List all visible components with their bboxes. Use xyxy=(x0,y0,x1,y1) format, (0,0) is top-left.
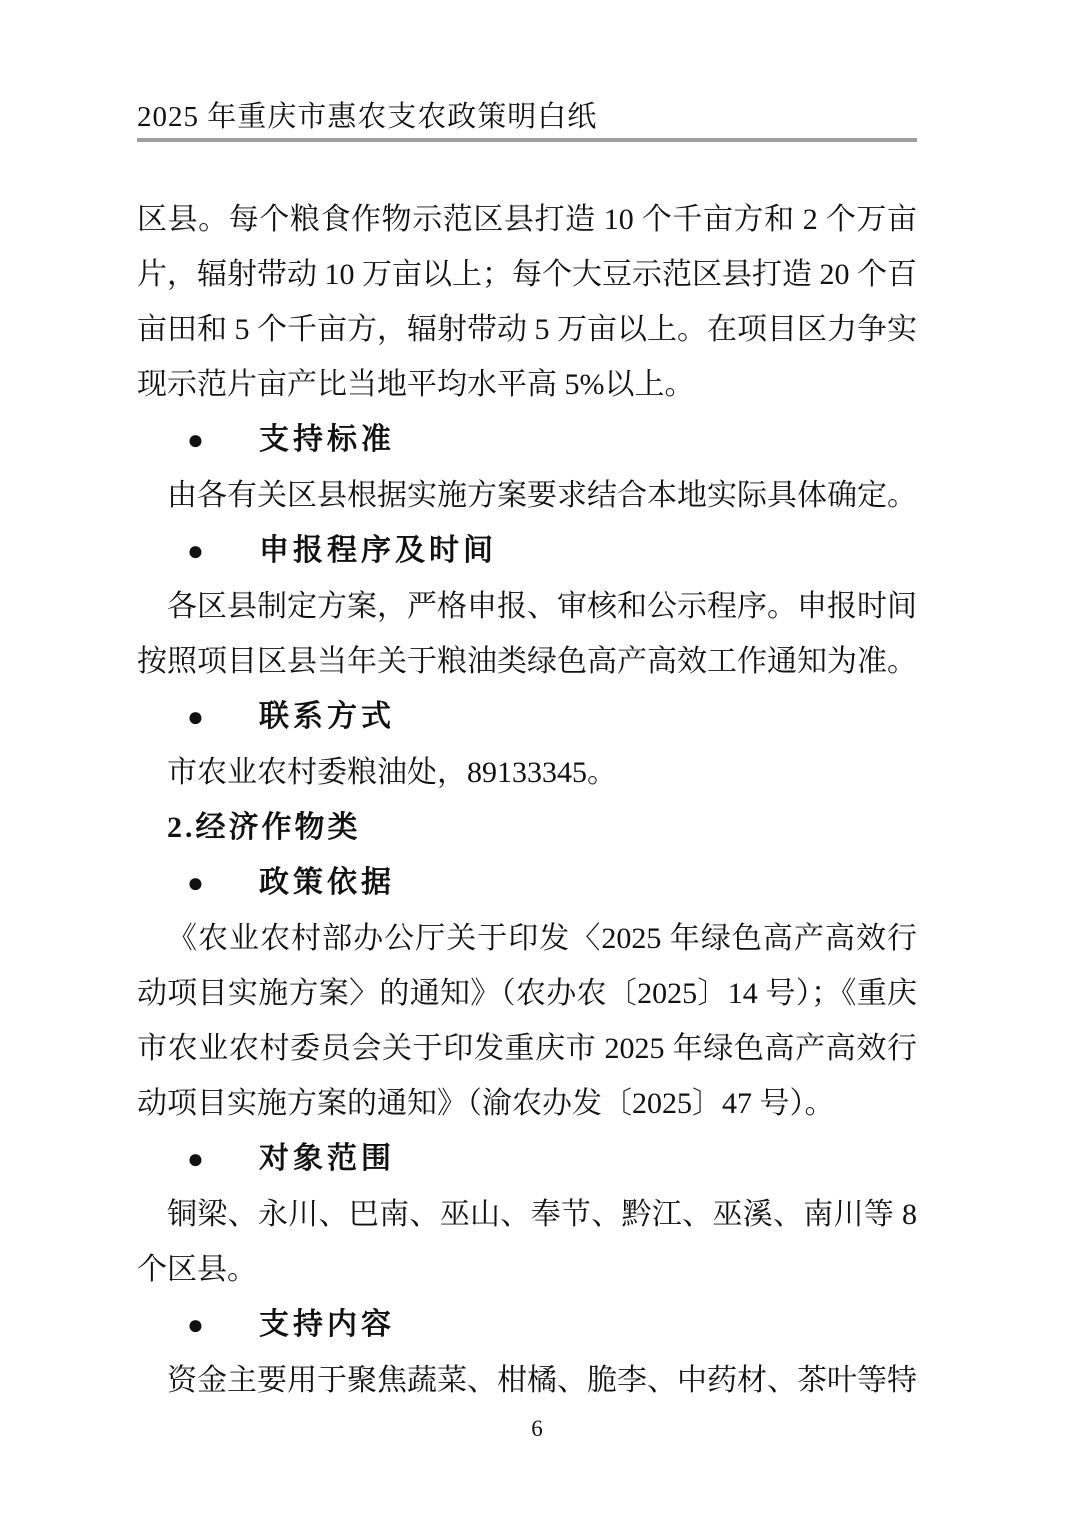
bullet-heading: ●联系方式 xyxy=(137,689,917,745)
bullet-heading-label: 支持标准 xyxy=(259,423,395,456)
bullet-heading: ●支持内容 xyxy=(137,1297,917,1353)
bullet-icon: ● xyxy=(187,1298,259,1353)
bullet-heading: ●政策依据 xyxy=(137,855,917,911)
body-paragraph: 市农业农村委粮油处，89133345。 xyxy=(137,745,917,800)
document-body: 区县。每个粮食作物示范区县打造 10 个千亩方和 2 个万亩片，辐射带动 10 … xyxy=(137,192,917,1408)
bullet-heading-label: 政策依据 xyxy=(259,866,395,899)
body-paragraph: 《农业农村部办公厅关于印发〈2025 年绿色高产高效行动项目实施方案〉的通知》（… xyxy=(137,911,917,1131)
body-paragraph: 各区县制定方案，严格申报、审核和公示程序。申报时间按照项目区县当年关于粮油类绿色… xyxy=(137,579,917,689)
bullet-icon: ● xyxy=(187,690,259,745)
document-page: 2025 年重庆市惠农支农政策明白纸 区县。每个粮食作物示范区县打造 10 个千… xyxy=(0,0,1074,1520)
page-footer: 6 xyxy=(0,1415,1074,1443)
bullet-heading: ●支持标准 xyxy=(137,412,917,468)
body-paragraph: 区县。每个粮食作物示范区县打造 10 个千亩方和 2 个万亩片，辐射带动 10 … xyxy=(137,192,917,412)
bullet-heading-label: 申报程序及时间 xyxy=(259,534,497,567)
body-paragraph: 由各有关区县根据实施方案要求结合本地实际具体确定。 xyxy=(137,468,917,523)
bullet-icon: ● xyxy=(187,1132,259,1187)
bullet-heading-label: 支持内容 xyxy=(259,1308,395,1341)
page-number: 6 xyxy=(531,1416,543,1441)
bullet-icon: ● xyxy=(187,413,259,468)
page-header-title: 2025 年重庆市惠农支农政策明白纸 xyxy=(137,100,917,134)
bullet-icon: ● xyxy=(187,856,259,911)
page-header: 2025 年重庆市惠农支农政策明白纸 xyxy=(137,100,917,134)
body-paragraph: 铜梁、永川、巴南、巫山、奉节、黔江、巫溪、南川等 8 个区县。 xyxy=(137,1187,917,1297)
body-paragraph: 资金主要用于聚焦蔬菜、柑橘、脆李、中药材、茶叶等特 xyxy=(137,1353,917,1408)
section-heading: 2.经济作物类 xyxy=(137,800,917,855)
bullet-heading: ●申报程序及时间 xyxy=(137,523,917,579)
bullet-heading-label: 联系方式 xyxy=(259,700,395,733)
bullet-heading-label: 对象范围 xyxy=(259,1142,395,1175)
bullet-heading: ●对象范围 xyxy=(137,1131,917,1187)
header-rule-divider xyxy=(137,138,917,142)
bullet-icon: ● xyxy=(187,524,259,579)
